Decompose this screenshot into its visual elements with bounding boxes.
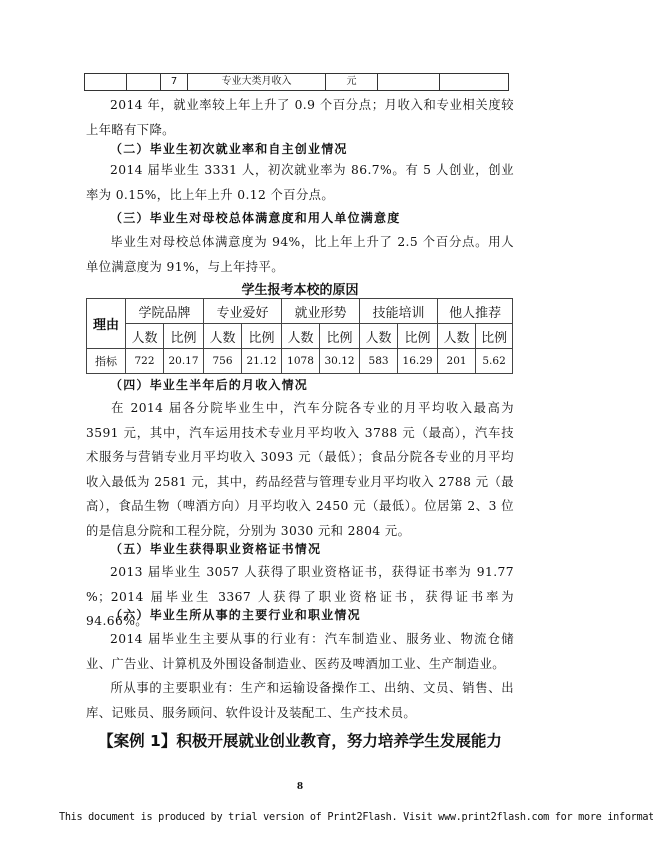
paragraph-text: 2014 届毕业生 3331 人，初次就业率为 86.7%。有 5 人创业，创业…	[86, 163, 514, 202]
subheader-ratio: 比例	[320, 324, 360, 349]
cell-count: 756	[204, 349, 242, 374]
column-header-employment: 就业形势	[282, 299, 360, 324]
row-header-reason: 理由	[87, 299, 126, 349]
paragraph-satisfaction: 毕业生对母校总体满意度为 94%，比上年上升了 2.5 个百分点。用人单位满意度…	[86, 230, 514, 279]
table-title: 学生报考本校的原因	[0, 279, 600, 298]
page-number: 8	[0, 782, 600, 792]
paragraph-employment-rate: 2014 年，就业率较上年上升了 0.9 个百分点；月收入和专业相关度较上年略有…	[86, 93, 514, 142]
subheader-count: 人数	[360, 324, 398, 349]
paragraph-text: 毕业生对母校总体满意度为 94%，比上年上升了 2.5 个百分点。用人单位满意度…	[86, 235, 514, 274]
cell-ratio: 21.12	[242, 349, 282, 374]
paragraph-occupations: 所从事的主要职业有：生产和运输设备操作工、出纳、文员、销售、出库、记账员、服务顾…	[86, 676, 514, 725]
section-heading-4: （四）毕业生半年后的月收入情况	[110, 376, 308, 393]
subheader-count: 人数	[438, 324, 476, 349]
row-label-indicator: 指标	[87, 349, 126, 374]
paragraph-text: 2014 届毕业生主要从事的行业有：汽车制造业、服务业、物流仓储业、广告业、计算…	[86, 632, 514, 671]
column-header-training: 技能培训	[360, 299, 438, 324]
document-page: 7 专业大类月收入 元 2014 年，就业率较上年上升了 0.9 个百分点；月收…	[0, 0, 653, 843]
table-header-row: 理由 学院品牌 专业爱好 就业形势 技能培训 他人推荐	[87, 299, 513, 324]
cell-count: 1078	[282, 349, 320, 374]
section-heading-5: （五）毕业生获得职业资格证书情况	[110, 540, 321, 557]
subheader-ratio: 比例	[476, 324, 513, 349]
case-study-title: 【案例 1】积极开展就业创业教育，努力培养学生发展能力	[0, 729, 600, 751]
cell-ratio: 5.62	[476, 349, 513, 374]
section-heading-6: （六）毕业生所从事的主要行业和职业情况	[110, 606, 361, 623]
income-table-fragment: 7 专业大类月收入 元	[84, 73, 509, 91]
paragraph-text: 所从事的主要职业有：生产和运输设备操作工、出纳、文员、销售、出库、记账员、服务顾…	[86, 681, 514, 720]
table-row: 指标 722 20.17 756 21.12 1078 30.12 583 16…	[87, 349, 513, 374]
paragraph-monthly-income: 在 2014 届各分院毕业生中，汽车分院各专业的月平均收入最高为 3591 元，…	[86, 396, 514, 543]
table-cell	[440, 74, 509, 91]
table-cell-unit: 元	[326, 74, 378, 91]
table-cell	[378, 74, 440, 91]
subheader-count: 人数	[282, 324, 320, 349]
cell-count: 201	[438, 349, 476, 374]
paragraph-entrepreneurship: 2014 届毕业生 3331 人，初次就业率为 86.7%。有 5 人创业，创业…	[86, 158, 514, 207]
table-cell	[127, 74, 161, 91]
trial-watermark: This document is produced by trial versi…	[59, 812, 653, 823]
table-row: 7 专业大类月收入 元	[85, 74, 509, 91]
column-header-referral: 他人推荐	[438, 299, 513, 324]
cell-ratio: 30.12	[320, 349, 360, 374]
table-cell-indicator: 专业大类月收入	[188, 74, 326, 91]
subheader-count: 人数	[126, 324, 164, 349]
section-heading-2: （二）毕业生初次就业率和自主创业情况	[110, 140, 348, 157]
cell-count: 722	[126, 349, 164, 374]
paragraph-industries: 2014 届毕业生主要从事的行业有：汽车制造业、服务业、物流仓储业、广告业、计算…	[86, 627, 514, 676]
column-header-interest: 专业爱好	[204, 299, 282, 324]
section-heading-3: （三）毕业生对母校总体满意度和用人单位满意度	[110, 209, 400, 226]
subheader-ratio: 比例	[164, 324, 204, 349]
table-subheader-row: 人数 比例 人数 比例 人数 比例 人数 比例 人数 比例	[87, 324, 513, 349]
paragraph-text: 2014 年，就业率较上年上升了 0.9 个百分点；月收入和专业相关度较上年略有…	[86, 98, 514, 137]
cell-ratio: 16.29	[398, 349, 438, 374]
cell-count: 583	[360, 349, 398, 374]
cell-ratio: 20.17	[164, 349, 204, 374]
table-cell-index: 7	[161, 74, 188, 91]
paragraph-text: 在 2014 届各分院毕业生中，汽车分院各专业的月平均收入最高为 3591 元，…	[86, 401, 514, 538]
subheader-count: 人数	[204, 324, 242, 349]
subheader-ratio: 比例	[398, 324, 438, 349]
subheader-ratio: 比例	[242, 324, 282, 349]
application-reason-table: 理由 学院品牌 专业爱好 就业形势 技能培训 他人推荐 人数 比例 人数 比例 …	[86, 298, 513, 374]
table-cell	[85, 74, 127, 91]
column-header-brand: 学院品牌	[126, 299, 204, 324]
